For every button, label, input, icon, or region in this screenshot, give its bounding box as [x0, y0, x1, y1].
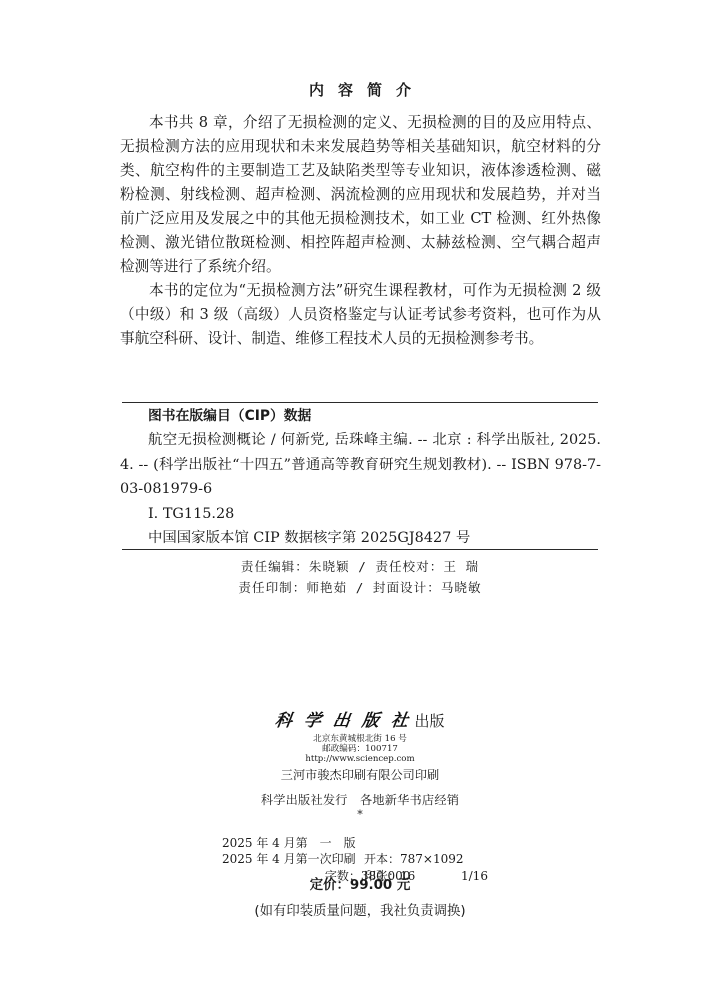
price-label: 定价：99.00 元 — [0, 876, 720, 896]
word-count-row: 字数：380 000 — [0, 851, 720, 868]
editorial-credits: 责任编辑：朱晓颖 / 责任校对：王 瑞 责任印制：师艳茹 / 封面设计：马晓敏 — [0, 556, 720, 598]
intro-body: 本书共 8 章，介绍了无损检测的定义、无损检测的目的及应用特点、无损检测方法的应… — [120, 111, 601, 351]
cip-block: 图书在版编目（CIP）数据 航空无损检测概论 / 何新党, 岳珠峰主编. -- … — [120, 404, 601, 550]
cip-approval-number: 中国国家版本馆 CIP 数据核字第 2025GJ8427 号 — [120, 526, 601, 550]
edition-row: 2025 年 4 月第 一 版 开本：787×1092 1/16 — [0, 818, 720, 835]
credits-line-editors: 责任编辑：朱晓颖 / 责任校对：王 瑞 — [0, 556, 720, 577]
printer-line: 三河市骏杰印刷有限公司印刷 — [0, 766, 720, 784]
cip-heading: 图书在版编目（CIP）数据 — [120, 404, 601, 428]
intro-paragraph-2: 本书的定位为“无损检测方法”研究生课程教材，可作为无损检测 2 级（中级）和 3… — [120, 279, 601, 351]
exchange-note: (如有印装质量问题，我社负责调换) — [0, 902, 720, 922]
publisher-logo: 科学出版社 — [274, 708, 423, 734]
edition-details: 2025 年 4 月第 一 版 开本：787×1092 1/16 2025 年 … — [0, 818, 720, 868]
distribution-line: 科学出版社发行 各地新华书店经销 — [0, 791, 720, 809]
credits-line-production: 责任印制：师艳茹 / 封面设计：马晓敏 — [0, 577, 720, 598]
publisher-logo-row: 科学出版社出版 — [0, 708, 720, 734]
intro-paragraph-1: 本书共 8 章，介绍了无损检测的定义、无损检测的目的及应用特点、无损检测方法的应… — [120, 111, 601, 279]
cip-bottom-rule — [122, 549, 598, 550]
intro-title: 内容简介 — [0, 80, 720, 100]
publisher-postcode: 邮政编码：100717 — [0, 744, 720, 754]
printing-row: 2025 年 4 月第一次印刷 印张：16 — [0, 835, 720, 852]
cip-top-rule — [122, 402, 598, 403]
cip-catalog-entry: 航空无损检测概论 / 何新党, 岳珠峰主编. -- 北京 : 科学出版社, 20… — [120, 428, 601, 501]
publisher-website: http://www.sciencep.com — [0, 754, 720, 764]
publisher-address: 北京东黄城根北街 16 号 — [0, 734, 720, 744]
publisher-info: 科学出版社出版 北京东黄城根北街 16 号 邮政编码：100717 http:/… — [0, 708, 720, 820]
cip-classification: Ⅰ. TG115.28 — [120, 502, 601, 526]
